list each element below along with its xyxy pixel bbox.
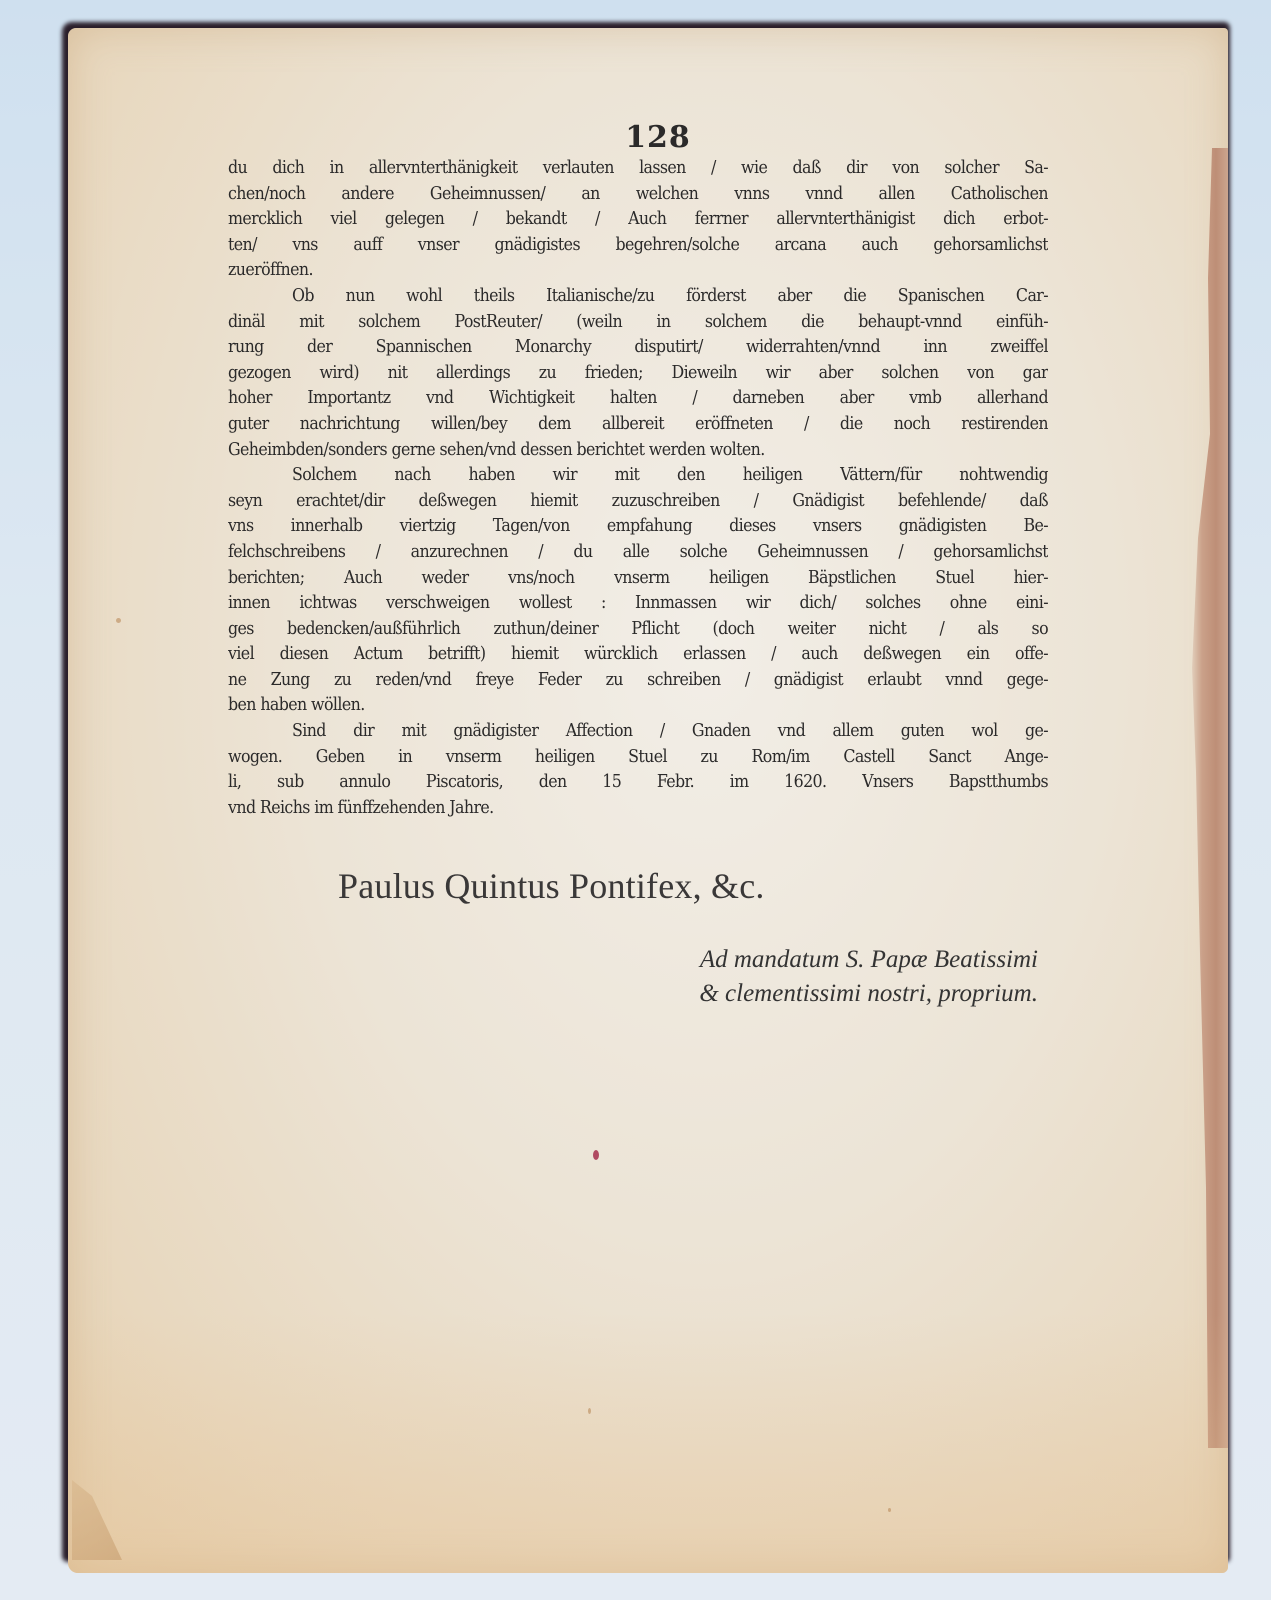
text-line: berichten; Auch weder vns/noch vnserm he… [228, 566, 1048, 592]
text-line: du dich in allervnterthänigkeit verlaute… [228, 156, 1048, 182]
text-line: Ob nun wohl theils Italianische/zu förde… [228, 284, 1048, 310]
text-line: vnd Reichs im fünffzehenden Jahre. [228, 796, 1048, 822]
text-line: seyn erachtet/dir deßwegen hiemit zuzusc… [228, 489, 1048, 515]
text-line: dinäl mit solchem PostReuter/ (weiln in … [228, 310, 1048, 336]
page-content: 128 du dich in allervnterthänigkeit verl… [228, 120, 1048, 1011]
text-line: zueröffnen. [228, 258, 1048, 284]
text-line: ben haben wöllen. [228, 693, 1048, 719]
text-line: ges bedencken/außführlich zuthun/deiner … [228, 617, 1048, 643]
text-line: gezogen wird) nit allerdings zu frieden;… [228, 361, 1048, 387]
text-line: hoher Importantz vnd Wichtigkeit halten … [228, 386, 1048, 412]
text-line: ne Zung zu reden/vnd freye Feder zu schr… [228, 668, 1048, 694]
foxing-spot [588, 1408, 591, 1414]
text-line: vns innerhalb viertzig Tagen/von empfahu… [228, 514, 1048, 540]
papal-signature: Paulus Quintus Pontifex, &c. [338, 865, 1048, 907]
text-line: rung der Spannischen Monarchy disputirt/… [228, 335, 1048, 361]
text-line: Geheimbden/sonders gerne sehen/vnd desse… [228, 438, 1048, 464]
text-line: Sind dir mit gnädigister Affection / Gna… [228, 719, 1048, 745]
text-line: wogen. Geben in vnserm heiligen Stuel zu… [228, 745, 1048, 771]
text-line: ten/ vns auff vnser gnädigistes begehren… [228, 233, 1048, 259]
foxing-spot [888, 1508, 891, 1512]
text-line: viel diesen Actum betrifft) hiemit würck… [228, 642, 1048, 668]
text-line: felchschreibens / anzurechnen / du alle … [228, 540, 1048, 566]
attestation-line: & clementissimi nostri, proprium. [228, 977, 1038, 1011]
attestation-line: Ad mandatum S. Papæ Beatissimi [228, 943, 1038, 977]
text-line: li, sub annulo Piscatoris, den 15 Febr. … [228, 770, 1048, 796]
page-number: 128 [268, 120, 1048, 156]
attestation-block: Ad mandatum S. Papæ Beatissimi & clement… [228, 943, 1048, 1011]
text-line: Solchem nach haben wir mit den heiligen … [228, 463, 1048, 489]
text-line: mercklich viel gelegen / bekandt / Auch … [228, 207, 1048, 233]
text-line: innen ichtwas verschweigen wollest : Inn… [228, 591, 1048, 617]
body-text: du dich in allervnterthänigkeit verlaute… [228, 156, 1048, 821]
text-line: guter nachrichtung willen/bey dem allber… [228, 412, 1048, 438]
text-line: chen/noch andere Geheimnussen/ an welche… [228, 182, 1048, 208]
red-ink-mark [593, 1150, 599, 1160]
foxing-spot [116, 618, 121, 623]
